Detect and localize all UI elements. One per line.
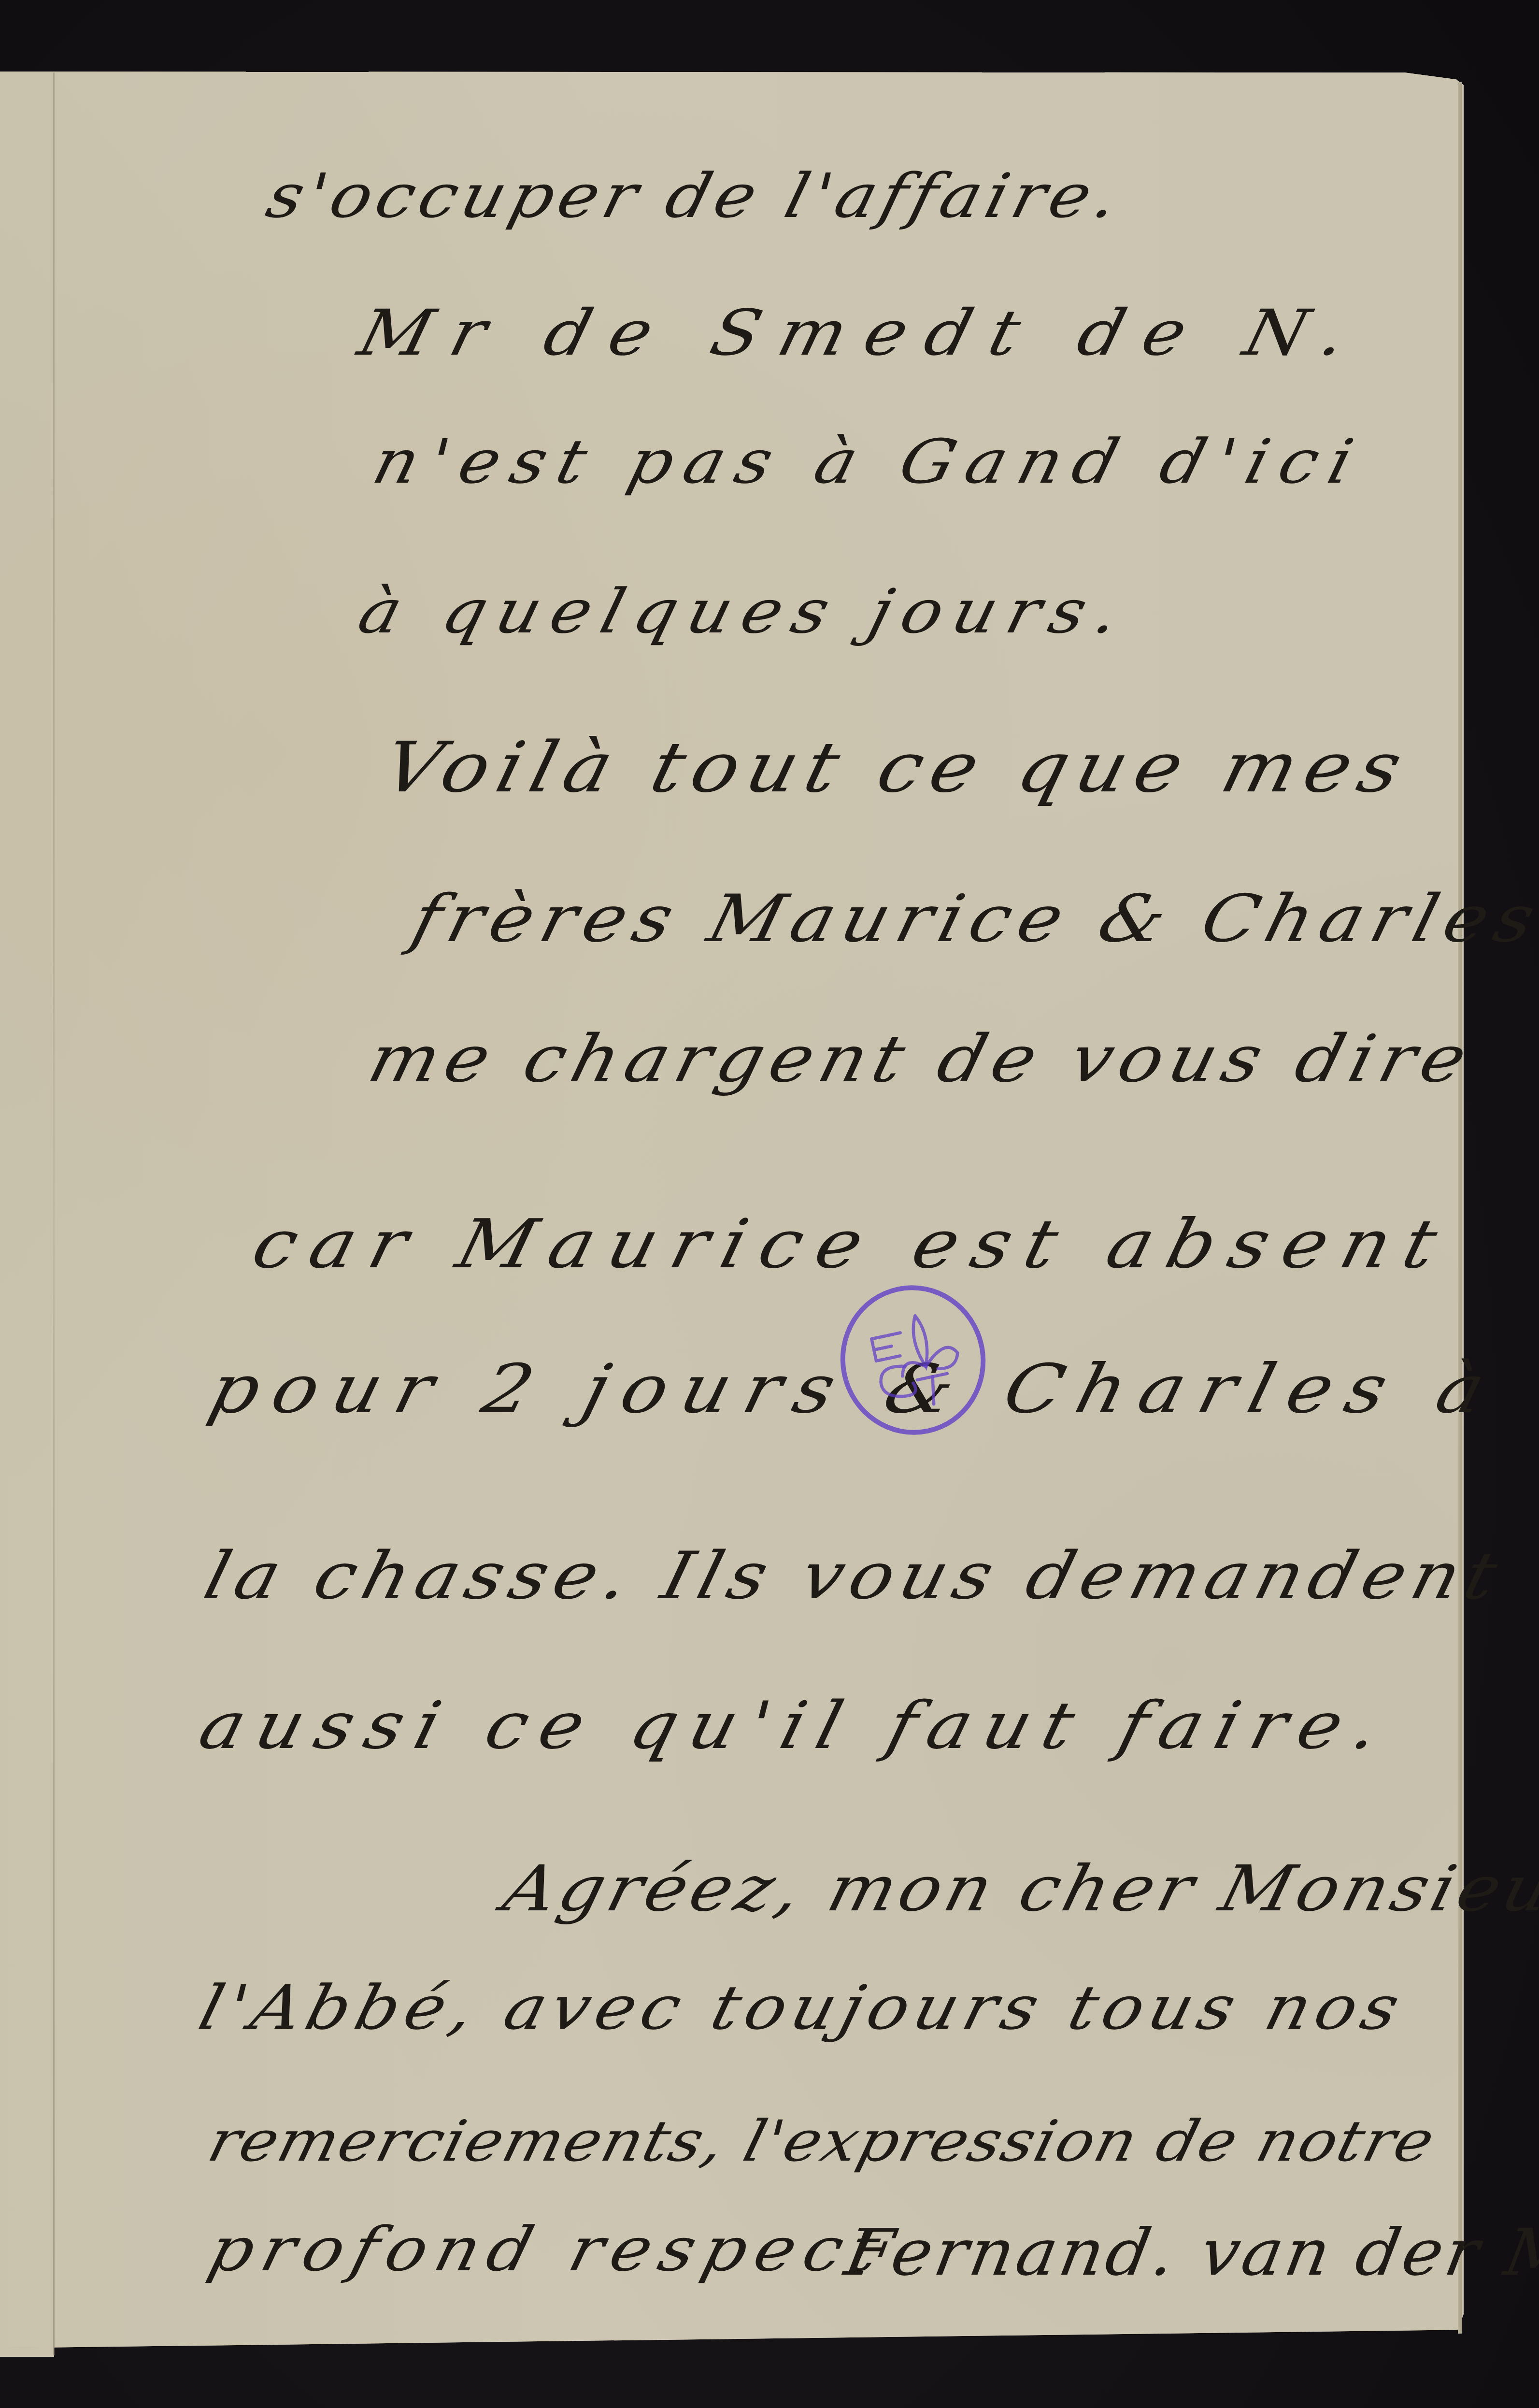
fleur-de-lis-stamp-icon — [832, 1277, 994, 1443]
letter-line-11: aussi ce qu'il faut faire. — [193, 1693, 1398, 1759]
page-right-edge — [1458, 82, 1462, 2334]
signature: Fernand. van der Meersch — [841, 2221, 1539, 2285]
letter-line-10: la chasse. Ils vous demandent — [198, 1544, 1510, 1609]
letter-line-13: l'Abbé, avec toujours tous nos — [193, 1978, 1411, 2039]
letter-line-12: Agréez, mon cher Monsieur — [498, 1858, 1539, 1921]
letter-line-14: remerciements, l'expression de notre — [203, 2113, 1440, 2169]
letter-line-8: car Maurice est absent — [246, 1211, 1458, 1278]
letter-line-3: n'est pas à Gand d'ici — [367, 432, 1370, 493]
letter-line-2: Mr de Smedt de N. — [353, 302, 1371, 365]
letter-line-1: s'occuper de l'affaire. — [261, 166, 1129, 227]
letter-line-15: profond respect — [203, 2220, 894, 2280]
page-fold-line — [53, 72, 55, 2355]
letter-line-7: me chargent de vous dire — [362, 1027, 1480, 1092]
letter-line-6: frères Maurice & Charles — [406, 887, 1539, 952]
letter-line-5: Voilà tout ce que mes — [377, 732, 1417, 802]
letter-line-4: à quelques jours. — [353, 582, 1136, 643]
